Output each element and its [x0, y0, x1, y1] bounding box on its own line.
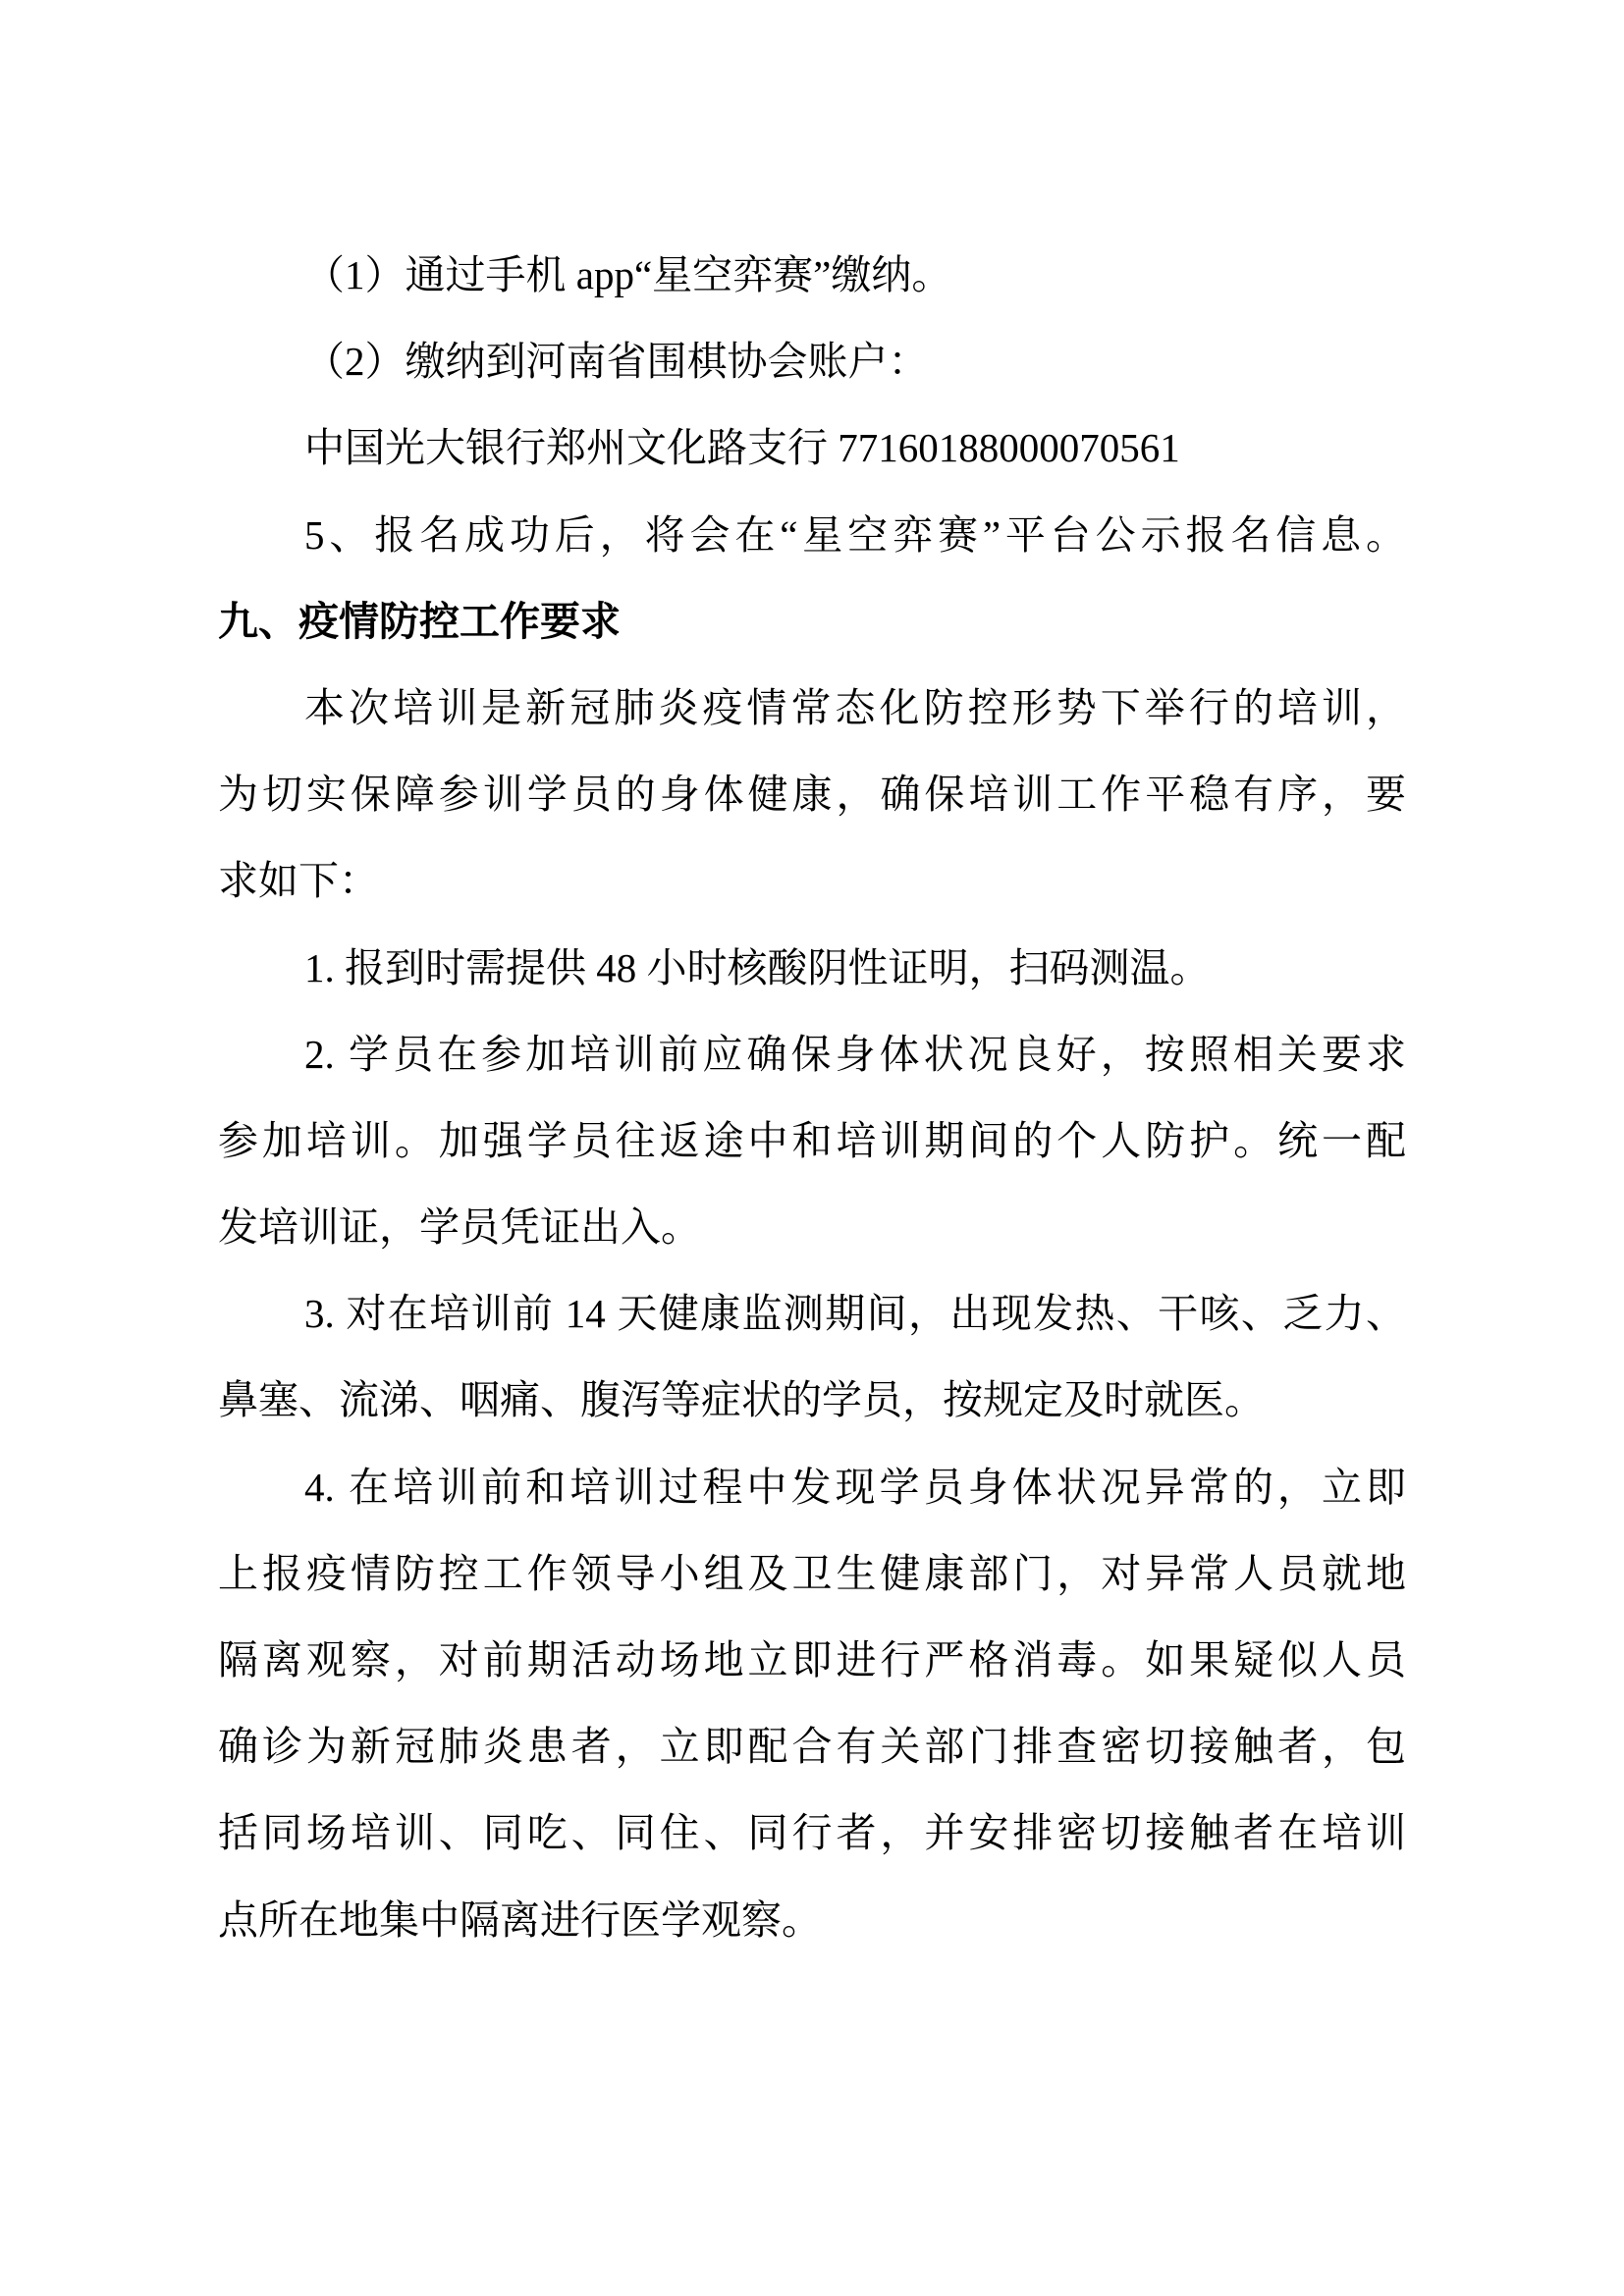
requirement-1-line: 1. 报到时需提供 48 小时核酸阴性证明，扫码测温。: [218, 925, 1406, 1011]
payment-option-1-line: （1）通过手机 app“星空弈赛”缴纳。: [218, 232, 1406, 318]
intro-paragraph-line-3: 求如下：: [218, 837, 1406, 924]
requirement-4-line-4: 确诊为新冠肺炎患者，立即配合有关部门排查密切接触者，包: [218, 1703, 1406, 1789]
requirement-4-line-6: 点所在地集中隔离进行医学观察。: [218, 1877, 1406, 1963]
payment-option-2-line: （2）缴纳到河南省围棋协会账户：: [218, 318, 1406, 404]
requirement-4-line-5: 括同场培训、同吃、同住、同行者，并安排密切接触者在培训: [218, 1789, 1406, 1876]
requirement-2-line-2: 参加培训。加强学员往返途中和培训期间的个人防护。统一配: [218, 1097, 1406, 1184]
requirement-4-line-2: 上报疫情防控工作领导小组及卫生健康部门，对异常人员就地: [218, 1530, 1406, 1617]
requirement-4-line-1: 4. 在培训前和培训过程中发现学员身体状况异常的，立即: [218, 1444, 1406, 1530]
requirement-3-line-2: 鼻塞、流涕、咽痛、腹泻等症状的学员，按规定及时就医。: [218, 1357, 1406, 1443]
bank-account-line: 中国光大银行郑州文化路支行 77160188000070561: [218, 404, 1406, 491]
requirement-4-line-3: 隔离观察，对前期活动场地立即进行严格消毒。如果疑似人员: [218, 1617, 1406, 1703]
intro-paragraph-line-1: 本次培训是新冠肺炎疫情常态化防控形势下举行的培训，: [218, 665, 1406, 751]
requirement-2-line-1: 2. 学员在参加培训前应确保身体状况良好，按照相关要求: [218, 1011, 1406, 1097]
section-heading-epidemic-control: 九、疫情防控工作要求: [218, 578, 1406, 665]
requirement-3-line-1: 3. 对在培训前 14 天健康监测期间，出现发热、干咳、乏力、: [218, 1270, 1406, 1357]
intro-paragraph-line-2: 为切实保障参训学员的身体健康，确保培训工作平稳有序，要: [218, 751, 1406, 837]
registration-publicity-line: 5、报名成功后，将会在“星空弈赛”平台公示报名信息。: [218, 492, 1406, 578]
requirement-2-line-3: 发培训证，学员凭证出入。: [218, 1184, 1406, 1270]
document-page: （1）通过手机 app“星空弈赛”缴纳。 （2）缴纳到河南省围棋协会账户： 中国…: [0, 0, 1624, 2296]
